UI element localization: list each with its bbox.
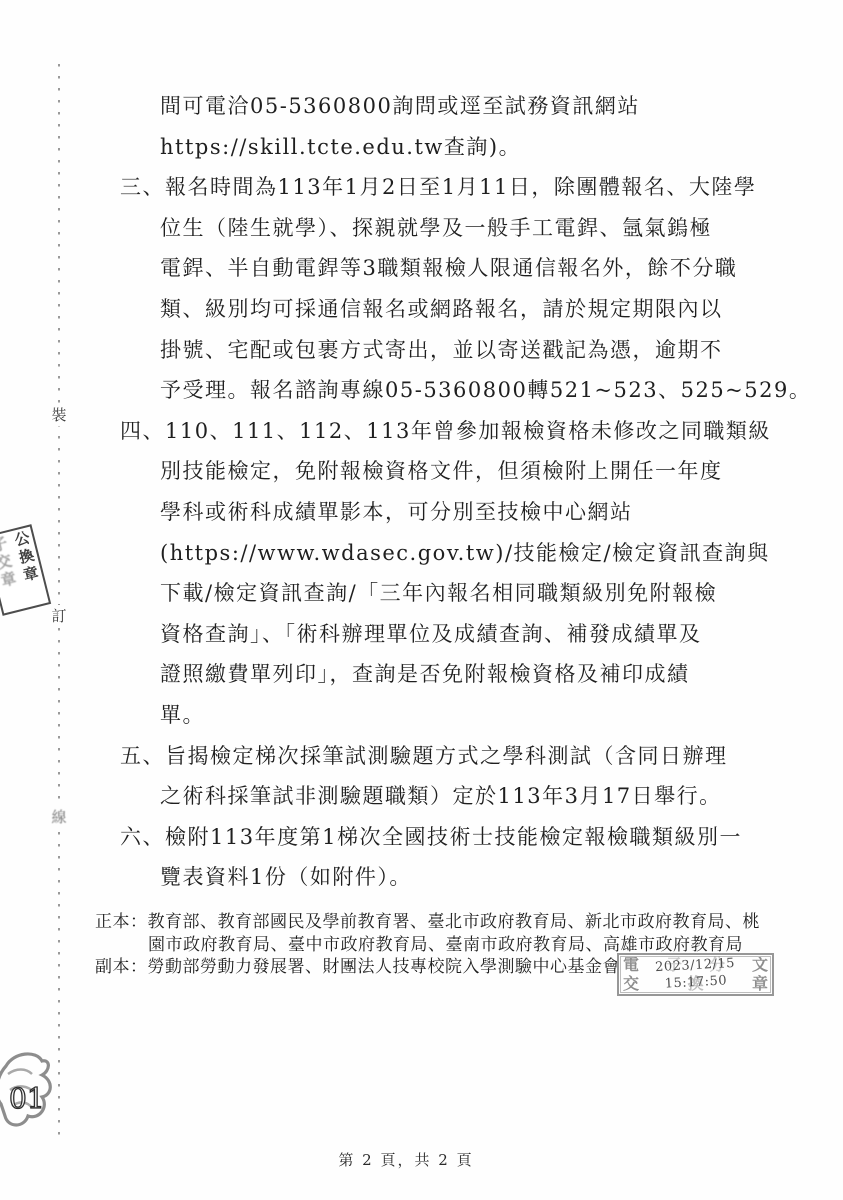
distribution-line: 正本：教育部、教育部國民及學前教育署、臺北市政府教育局、新北市政府教育局、桃 [95, 911, 760, 934]
body-line: (https://www.wdasec.gov.tw)/技能檢定/檢定資訊查詢與 [120, 533, 811, 574]
body-line: 掛號、宅配或包裹方式寄出，並以寄送戳記為憑，逾期不 [120, 330, 811, 371]
body-line: 四、110、111、112、113年曾參加報檢資格未修改之同職類級 [120, 411, 811, 452]
body-line: 間可電洽05-5360800詢問或逕至試務資訊網站 [120, 86, 811, 127]
body-line: 三、報名時間為113年1月2日至1月11日，除團體報名、大陸學 [120, 167, 811, 208]
binding-mark-xian: 線 [48, 806, 70, 828]
body-line: 電銲、半自動電銲等3職類報檢人限通信報名外，餘不分職 [120, 248, 811, 289]
body-line: 五、旨揭檢定梯次採筆試測驗題方式之學科測試（含同日辦理 [120, 736, 811, 777]
body-line: https://skill.tcte.edu.tw查詢)。 [120, 127, 811, 168]
binding-dotted-line [58, 64, 60, 1136]
binding-mark-ding: 訂 [48, 605, 70, 627]
page-footer: 第 2 頁，共 2 頁 [0, 1149, 812, 1170]
body-line: 單。 [120, 695, 811, 736]
body-line: 下載/檢定資訊查詢/「三年內報名相同職類級別免附報檢 [120, 573, 811, 614]
body-line: 之術科採筆試非測驗題職類）定於113年3月17日舉行。 [120, 776, 811, 817]
corner-seal: 01 [0, 1044, 60, 1140]
document-page: 裝 訂 線 子交章 公換章 間可電洽05-5360800詢問或逕至試務資訊網站h… [0, 0, 843, 1200]
body-line: 予受理。報名諮詢專線05-5360800轉521~523、525~529。 [120, 370, 811, 411]
electronic-exchange-stamp: 電 子 分 文 交 換 章 2023/12/15 15:17:50 [617, 953, 774, 996]
body-line: 證照繳費單列印」，查詢是否免附報檢資格及補印成績 [120, 654, 811, 695]
body-line: 位生（陸生就學）、探親就學及一般手工電銲、氬氣鎢極 [120, 208, 811, 249]
exchange-stamp: 子交章 公換章 [0, 524, 51, 616]
body-line: 類、級別均可採通信報名或網路報名，請於規定期限內以 [120, 289, 811, 330]
letter-body: 間可電洽05-5360800詢問或逕至試務資訊網站https://skill.t… [120, 86, 811, 898]
body-line: 覽表資料1份（如附件）。 [120, 857, 811, 898]
body-line: 學科或術科成績單影本，可分別至技檢中心網站 [120, 492, 811, 533]
binding-mark-zhuang: 裝 [48, 404, 70, 426]
body-line: 別技能檢定，免附報檢資格文件，但須檢附上開任一年度 [120, 451, 811, 492]
body-line: 六、檢附113年度第1梯次全國技術士技能檢定報檢職類級別一 [120, 817, 811, 858]
body-line: 資格查詢」、「術科辦理單位及成績查詢、補發成績單及 [120, 614, 811, 655]
seal-number: 01 [9, 1082, 45, 1115]
